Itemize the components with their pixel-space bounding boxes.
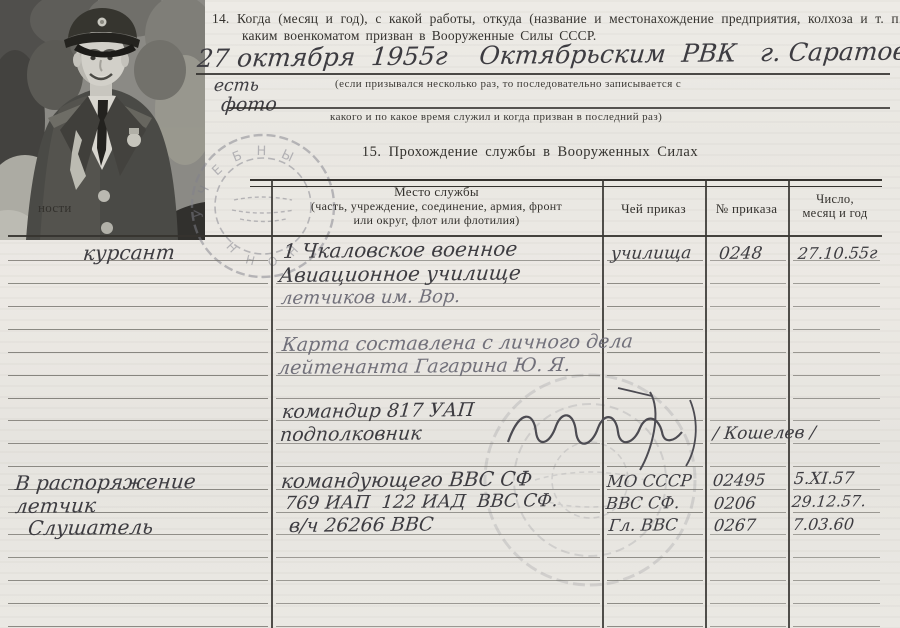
entry4-order-number: 0267	[713, 516, 757, 535]
entry1-order-number: 0248	[718, 244, 763, 264]
header-date-line2: месяц и год	[788, 206, 882, 221]
pencil-note-line2: лейтенанта Гагарина Ю. Я.	[277, 354, 571, 379]
item14-footnote-1: (если призывался несколько раз, то после…	[335, 78, 805, 90]
certifier-signature	[500, 386, 715, 474]
header-place-sub2: или округ, флот или флотилия)	[273, 213, 600, 228]
answer-underline	[196, 73, 890, 75]
military-service-record-page: У Ч Е Б Н Ы Н Н О Н 14. Когда (месяц и г…	[0, 0, 900, 628]
entry3-place-line1: 769 ИАП 122 ИАД ВВС СФ.	[284, 490, 559, 514]
pencil-note-line1: Карта составлена с личного дела	[281, 330, 634, 356]
header-whose-order: Чей приказ	[602, 201, 705, 217]
entry4-whose-order: Гл. ВВС	[608, 515, 679, 535]
entry1-place-line2: Авиационное училище	[278, 260, 522, 287]
entry2-whose-order: МО СССР	[606, 471, 693, 491]
table-vline-4	[788, 179, 790, 628]
certifier-line1: командир 817 УАП	[281, 399, 475, 423]
entry3-position: летчик	[14, 493, 97, 518]
second-answer-line	[228, 107, 890, 109]
portrait-photo	[0, 0, 205, 240]
certifier-name: / Кошелев /	[712, 423, 817, 444]
header-date-line1: Число,	[788, 192, 882, 207]
entry3-order-number: 0206	[713, 494, 757, 513]
header-position-partial: ности	[38, 200, 72, 216]
entry1-date: 27.10.55г	[797, 243, 878, 263]
section15-title: 15. Прохождение службы в Вооруженных Сил…	[160, 144, 900, 161]
entry1-place-line3: летчиков им. Вор.	[280, 286, 461, 309]
entry3-date: 29.12.57.	[791, 492, 867, 511]
item14-number: 14.	[212, 11, 229, 26]
header-order-number: № приказа	[705, 201, 788, 217]
entry1-place-line1: 1 Чкаловское военное	[282, 237, 518, 263]
entry2-date: 5.XI.57	[793, 468, 855, 488]
entry4-position: Слушатель	[27, 515, 154, 540]
header-place-title: Место службы	[273, 184, 600, 200]
entry1-whose-order: училища	[610, 243, 692, 264]
header-place-sub1: (часть, учреждение, соединение, армия, ф…	[273, 199, 600, 214]
entry2-order-number: 02495	[712, 470, 766, 490]
photo-note-line2: фото	[220, 93, 278, 116]
entry1-position: курсант	[82, 240, 176, 265]
entry2-position: В распоряжение	[14, 469, 197, 495]
certifier-line2: подполковник	[279, 423, 423, 446]
table-vline-1	[271, 179, 273, 628]
entry3-whose-order: ВВС СФ.	[605, 493, 681, 513]
entry4-date: 7.03.60	[792, 514, 855, 534]
entry4-place-line1: в/ч 26266 ВВС	[288, 513, 434, 537]
portrait-photo-art	[0, 0, 205, 240]
entry2-place-line1: командующего ВВС СФ	[280, 466, 533, 493]
item14-footnote-2: какого и по какое время служил и когда п…	[330, 111, 800, 123]
